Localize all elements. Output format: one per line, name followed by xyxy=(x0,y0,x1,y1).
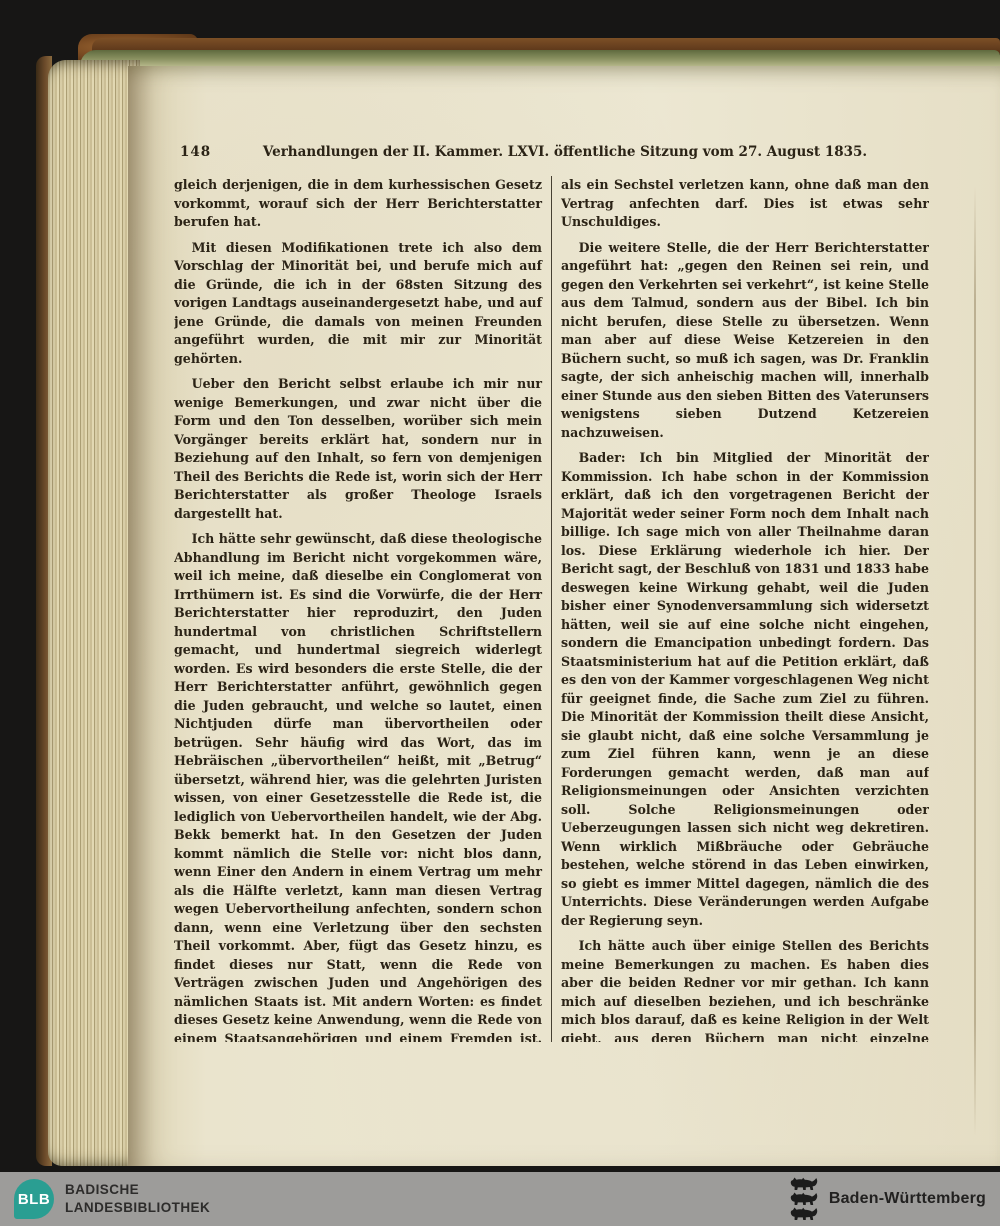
library-branding: BLB BADISCHE LANDESBIBLIOTHEK xyxy=(14,1179,210,1219)
paragraph: Ich hätte auch über einige Stellen des B… xyxy=(561,937,929,1042)
paragraph: Bader: Ich bin Mitglied der Minorität de… xyxy=(561,449,929,930)
library-name: BADISCHE LANDESBIBLIOTHEK xyxy=(65,1181,210,1217)
text-column-left: gleich derjenigen, die in dem kurhessisc… xyxy=(174,176,551,1042)
library-name-line1: BADISCHE xyxy=(65,1181,210,1199)
paragraph: gleich derjenigen, die in dem kurhessisc… xyxy=(174,176,542,232)
page-number: 148 xyxy=(180,144,211,160)
paragraph: als ein Sechstel verletzen kann, ohne da… xyxy=(561,176,929,232)
page-content: 148 Verhandlungen der II. Kammer. LXVI. … xyxy=(174,142,936,1042)
book-page: 148 Verhandlungen der II. Kammer. LXVI. … xyxy=(128,66,1000,1166)
state-branding: Baden-Württemberg xyxy=(789,1177,986,1221)
text-column-right: als ein Sechstel verletzen kann, ohne da… xyxy=(551,176,929,1042)
two-column-text: gleich derjenigen, die in dem kurhessisc… xyxy=(174,176,936,1042)
blb-logo: BLB xyxy=(14,1179,54,1219)
book-page-stack-edge xyxy=(48,60,140,1166)
branding-footer: BLB BADISCHE LANDESBIBLIOTHEK Baden-Würt… xyxy=(0,1172,1000,1226)
blb-logo-text: BLB xyxy=(18,1191,50,1208)
page-crease xyxy=(974,186,976,1136)
library-name-line2: LANDESBIBLIOTHEK xyxy=(65,1199,210,1217)
baden-wuerttemberg-coat-of-arms-icon xyxy=(789,1177,819,1221)
running-title: Verhandlungen der II. Kammer. LXVI. öffe… xyxy=(234,144,896,160)
page-header: 148 Verhandlungen der II. Kammer. LXVI. … xyxy=(174,142,936,168)
region-label: Baden-Württemberg xyxy=(829,1190,986,1208)
paragraph: Die weitere Stelle, die der Herr Bericht… xyxy=(561,239,929,443)
paragraph: Ich hätte sehr gewünscht, daß diese theo… xyxy=(174,530,542,1042)
paragraph: Mit diesen Modifikationen trete ich also… xyxy=(174,239,542,369)
paragraph: Ueber den Bericht selbst erlaube ich mir… xyxy=(174,375,542,523)
scan-viewport: 148 Verhandlungen der II. Kammer. LXVI. … xyxy=(0,0,1000,1226)
